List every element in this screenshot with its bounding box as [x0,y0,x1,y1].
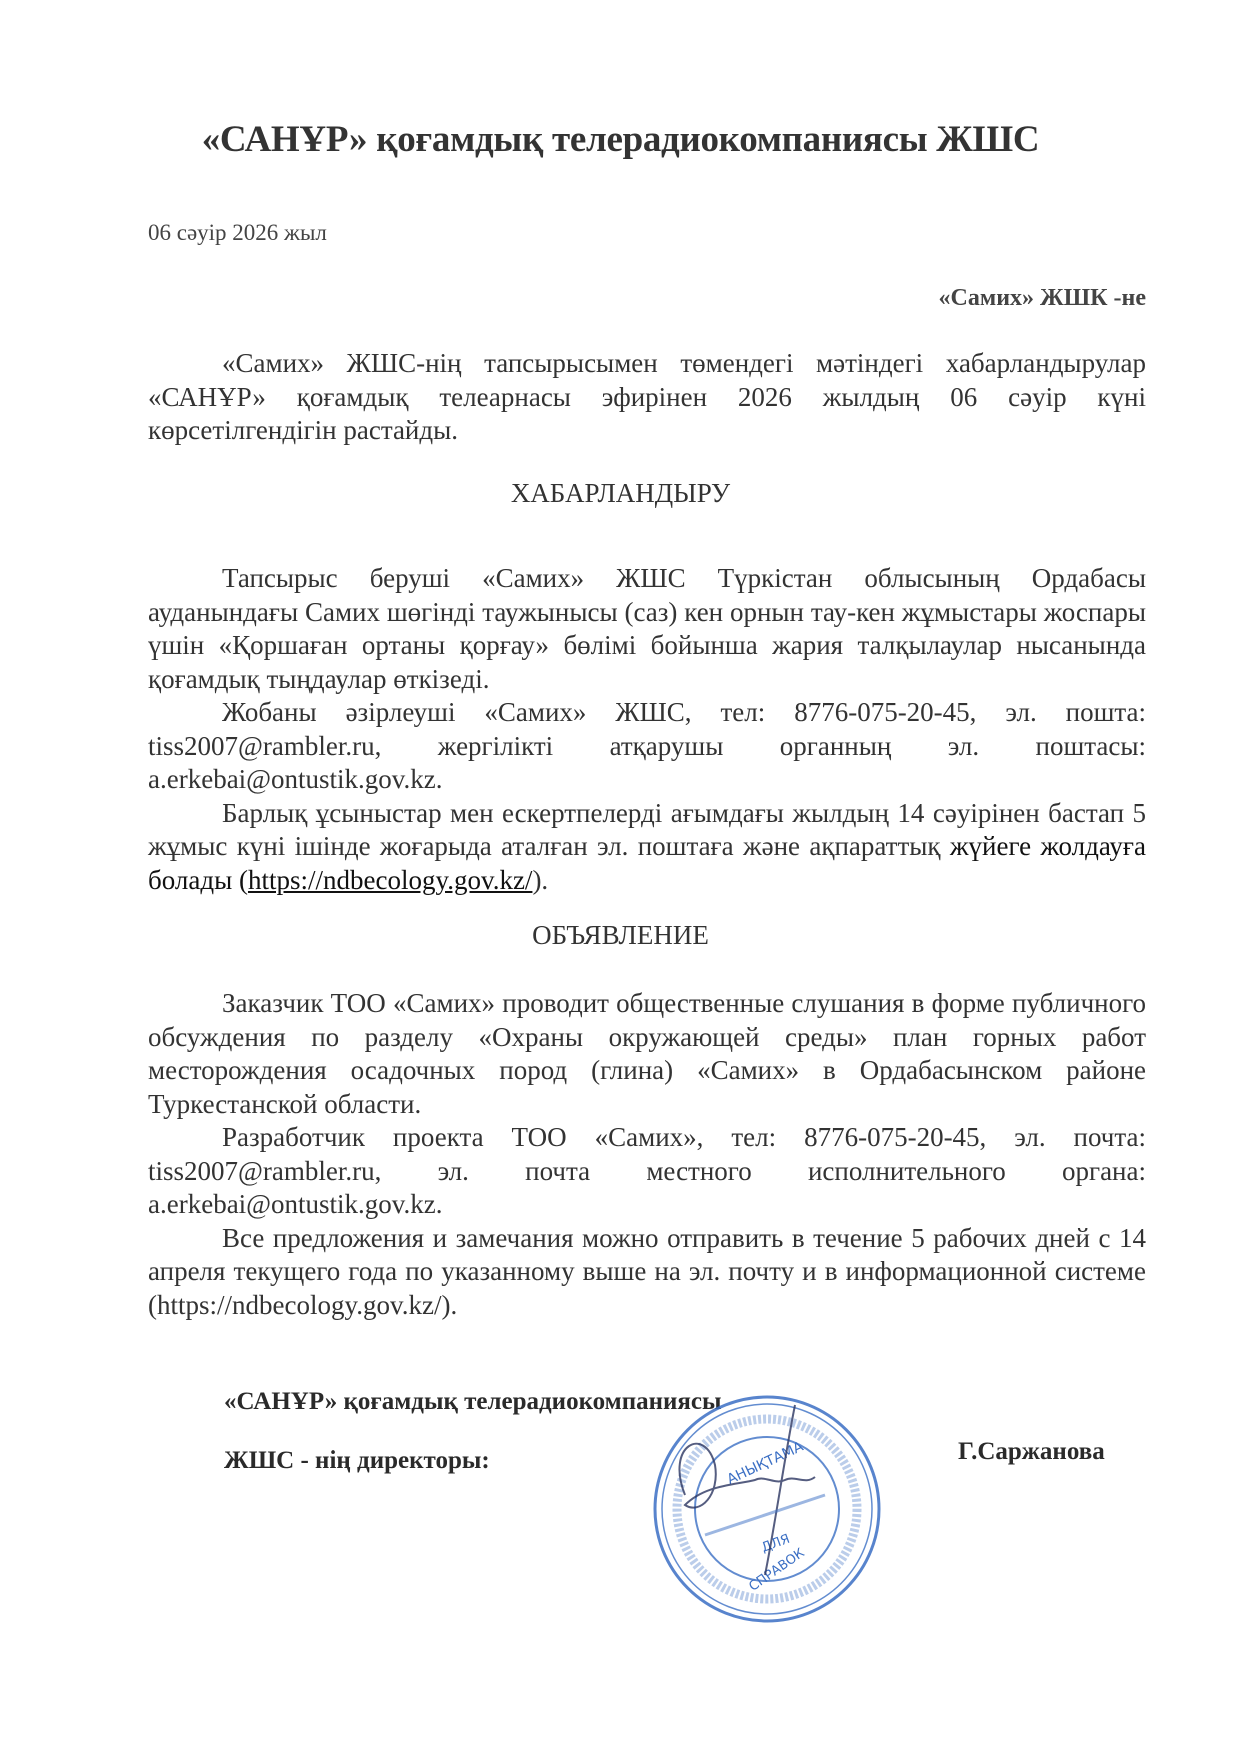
intro-paragraph-block: «Самих» ЖШС-нің тапсырысымен төмендегі м… [148,347,1146,448]
ndbecology-link[interactable]: https://ndbecology.gov.kz/ [248,865,532,895]
svg-text:АНЫҚТАМА: АНЫҚТАМА [725,1439,807,1488]
document-date: 06 сәуір 2026 жыл [148,220,327,246]
kazakh-paragraph-1: Тапсырыс беруші «Самих» ЖШС Түркістан об… [148,562,1146,696]
russian-paragraph-3: Все предложения и замечания можно отправ… [148,1222,1146,1323]
russian-paragraph-1: Заказчик ТОО «Самих» проводит общественн… [148,987,1146,1121]
official-stamp-icon: АНЫҚТАМА ДЛЯ СПРАВОК [645,1385,890,1630]
svg-text:ДЛЯ: ДЛЯ [760,1532,792,1556]
kazakh-heading: ХАБАРЛАНДЫРУ [0,478,1241,509]
signature-title: ЖШС - нің директоры: [224,1447,490,1475]
kazakh-announcement: Тапсырыс беруші «Самих» ЖШС Түркістан об… [148,562,1146,897]
kazakh-paragraph-3-end: ). [532,865,548,895]
document-page: «САНҰР» қоғамдық телерадиокомпаниясы ЖШС… [0,0,1241,1755]
russian-heading: ОБЪЯВЛЕНИЕ [0,920,1241,951]
svg-text:СПРАВОК: СПРАВОК [746,1546,807,1595]
signatory-name: Г.Саржанова [958,1438,1105,1466]
document-title: «САНҰР» қоғамдық телерадиокомпаниясы ЖШС [0,118,1241,161]
russian-announcement: Заказчик ТОО «Самих» проводит общественн… [148,987,1146,1322]
russian-paragraph-2: Разработчик проекта ТОО «Самих», тел: 87… [148,1121,1146,1222]
kazakh-paragraph-2: Жобаны әзірлеуші «Самих» ЖШС, тел: 8776-… [148,696,1146,797]
kazakh-paragraph-3: Барлық ұсыныстар мен ескертпелерді ағымд… [148,797,1146,898]
addressee: «Самих» ЖШК -не [939,285,1146,312]
intro-paragraph: «Самих» ЖШС-нің тапсырысымен төмендегі м… [148,347,1146,448]
